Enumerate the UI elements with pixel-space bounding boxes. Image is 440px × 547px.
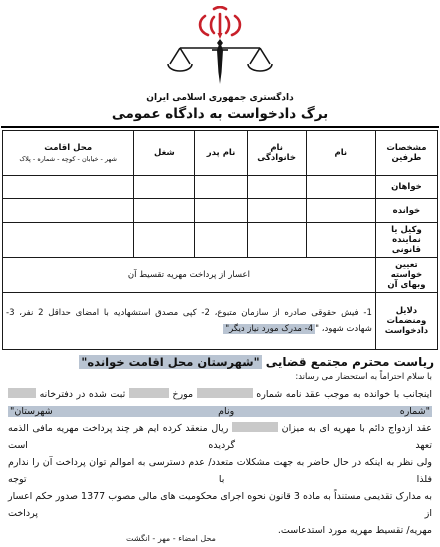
signature-area-label: محل امضاء - مهر - انگشت — [126, 534, 216, 543]
defendant-last-name-cell — [247, 199, 306, 223]
header-residence: محل اقامت شهر - خیابان - کوچه - شماره - … — [3, 131, 134, 176]
claim-label: تعیین خواسته وبهای آن — [375, 258, 437, 293]
header-residence-title: محل اقامت — [44, 143, 92, 153]
letter-heading-highlight: "شهرستان محل اقامت خوانده" — [79, 355, 261, 369]
blank-field-date — [129, 388, 169, 398]
plaintiff-residence-cell — [3, 176, 134, 199]
plaintiff-father-name-cell — [195, 176, 247, 199]
blank-field-contract-number — [197, 388, 253, 398]
plaintiff-first-name-cell — [306, 176, 375, 199]
attorney-residence-cell — [3, 223, 134, 258]
attorney-occupation-cell — [134, 223, 195, 258]
body-l1-text-a: اینجانب با خوانده به موجب عقد نامه شماره — [256, 389, 432, 400]
body-line-3: ولی نظر به اینکه در حال حاضر به جهت مشکل… — [8, 454, 432, 488]
attorney-last-name-cell — [247, 223, 306, 258]
page-title: برگ دادخواست به دادگاه عمومی — [0, 106, 440, 122]
evidence-row: دلایل ومنضمات دادخواست 1- فیش حقوقی صادر… — [3, 293, 438, 350]
body-l1-text-c: ثبت شده در دفترخانه — [40, 389, 126, 400]
emblem-caption: دادگستری جمهوری اسلامی ایران — [0, 93, 440, 103]
body-line-1: اینجانب با خوانده به موجب عقد نامه شماره… — [8, 386, 432, 420]
header-parties: مشخصات طرفین — [375, 131, 437, 176]
petition-document: دادگستری جمهوری اسلامی ایران برگ دادخواس… — [0, 0, 440, 547]
header-residence-sub: شهر - خیابان - کوچه - شماره - پلاک — [6, 155, 130, 163]
letter-heading-text: ریاست محترم مجتمع قضایی — [262, 355, 434, 369]
header-occupation: شغل — [134, 131, 195, 176]
defendant-residence-cell — [3, 199, 134, 223]
body-l1-highlight-city: "شماره ونام شهرستان" — [8, 406, 432, 417]
allah-emblem-icon — [200, 7, 240, 35]
header-father-name: نام پدر — [195, 131, 247, 176]
claim-value: اعسار از پرداخت مهریه تقسیط آن — [3, 258, 376, 293]
attorney-label: وکیل یا نماینده قانونی — [375, 223, 437, 258]
plaintiff-occupation-cell — [134, 176, 195, 199]
attorney-father-name-cell — [195, 223, 247, 258]
attorney-first-name-cell — [306, 223, 375, 258]
evidence-label: دلایل ومنضمات دادخواست — [375, 293, 437, 350]
defendant-row: خوانده — [3, 199, 438, 223]
defendant-father-name-cell — [195, 199, 247, 223]
defendant-label: خوانده — [375, 199, 437, 223]
claim-row: تعیین خواسته وبهای آن اعسار از پرداخت مه… — [3, 258, 438, 293]
letter-body: اینجانب با خوانده به موجب عقد نامه شماره… — [0, 382, 440, 539]
plaintiff-last-name-cell — [247, 176, 306, 199]
body-l1-text-b: مورخ — [172, 389, 193, 400]
body-line-5: مهریه/ تقسیط مهریه مورد استدعاست. — [8, 522, 432, 539]
blank-field-amount — [232, 422, 278, 432]
body-l2-text-a: عقد ازدواج دائم با مهریه ای به میزان — [282, 423, 432, 434]
salutation: با سلام احتراماً به استحضار می رساند: — [0, 369, 440, 382]
table-header-row: مشخصات طرفین نام نام خانوادگی نام پدر شغ… — [3, 131, 438, 176]
letter-heading: ریاست محترم مجتمع قضایی "شهرستان محل اقا… — [0, 355, 440, 369]
parties-table: مشخصات طرفین نام نام خانوادگی نام پدر شغ… — [2, 130, 438, 350]
body-line-2: عقد ازدواج دائم با مهریه ای به میزان ریا… — [8, 420, 432, 454]
header-first-name: نام — [306, 131, 375, 176]
defendant-first-name-cell — [306, 199, 375, 223]
evidence-text: 1- فیش حقوقی صادره از سازمان متبوع، 2- ک… — [3, 293, 376, 350]
evidence-highlighted-item: 4- مدرک مورد نیاز دیگر" — [223, 324, 315, 334]
attorney-row: وکیل یا نماینده قانونی — [3, 223, 438, 258]
body-line-4: به مدارک تقدیمی مستنداً به ماده 3 قانون … — [8, 488, 432, 522]
plaintiff-label: خواهان — [375, 176, 437, 199]
plaintiff-row: خواهان — [3, 176, 438, 199]
defendant-occupation-cell — [134, 199, 195, 223]
evidence-line2-prefix: شهادت شهود، " — [315, 324, 372, 334]
judiciary-emblem: دادگستری جمهوری اسلامی ایران — [0, 0, 440, 103]
evidence-line-2: شهادت شهود، "4- مدرک مورد نیاز دیگر" — [6, 324, 372, 334]
blank-field-notary-number — [8, 388, 36, 398]
scales-of-justice-icon — [160, 6, 280, 92]
evidence-line-1: 1- فیش حقوقی صادره از سازمان متبوع، 2- ک… — [6, 308, 372, 318]
header-last-name: نام خانوادگی — [247, 131, 306, 176]
